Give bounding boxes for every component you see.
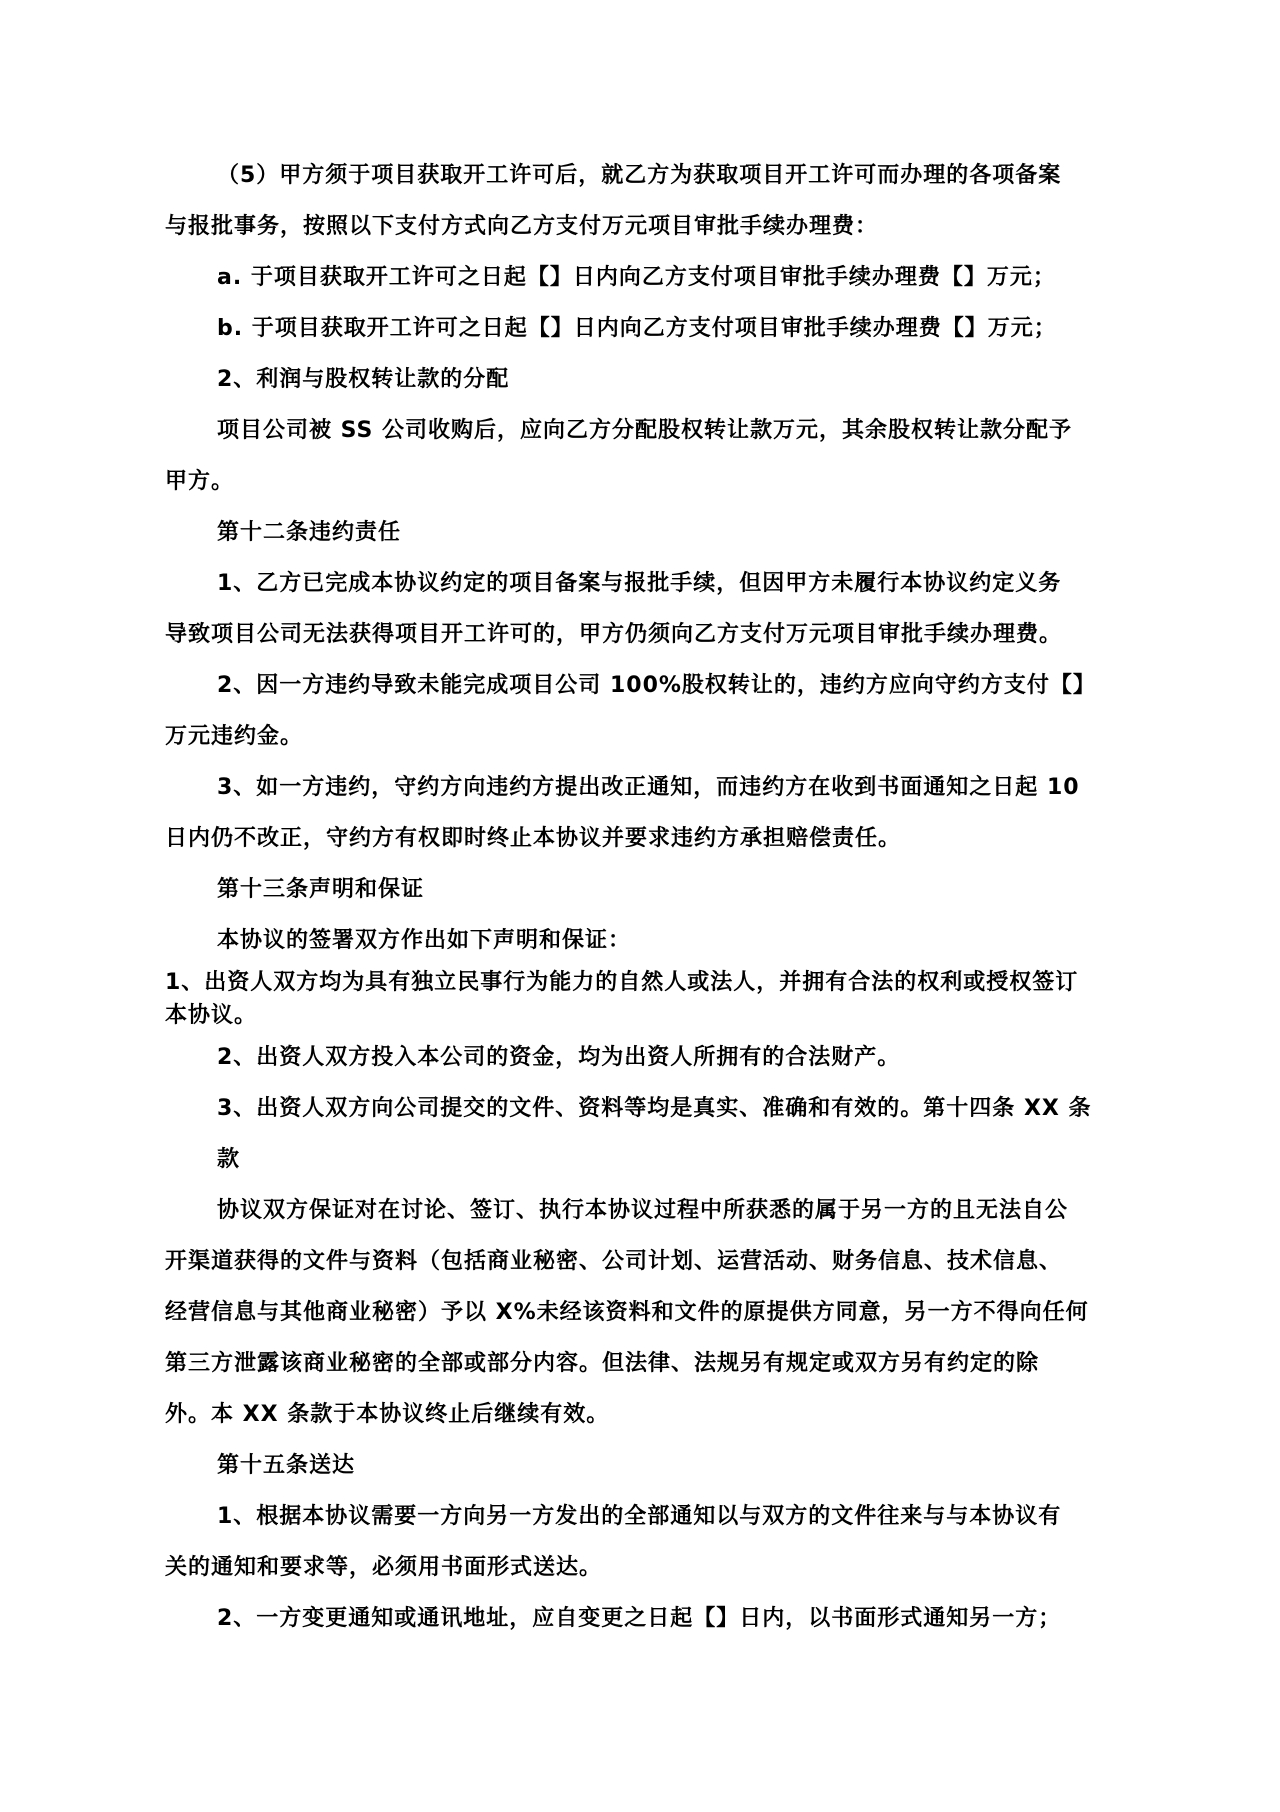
doc-line: 本协议。 [165,999,1220,1032]
doc-line: （5）甲方须于项目获取开工许可后，就乙方为获取项目开工许可而办理的各项备案 [165,150,1220,201]
document-page: （5）甲方须于项目获取开工许可后，就乙方为获取项目开工许可而办理的各项备案 与报… [0,0,1280,1812]
doc-line: 外。本 XX 条款于本协议终止后继续有效。 [165,1389,1220,1440]
doc-line: 协议双方保证对在讨论、签订、执行本协议过程中所获悉的属于另一方的且无法自公 [165,1185,1220,1236]
doc-line: 万元违约金。 [165,711,1220,762]
doc-line: 款 [165,1134,1220,1185]
doc-line: 3、如一方违约，守约方向违约方提出改正通知，而违约方在收到书面通知之日起 10 [165,762,1220,813]
doc-line: 2、出资人双方投入本公司的资金，均为出资人所拥有的合法财产。 [165,1032,1220,1083]
doc-line: 导致项目公司无法获得项目开工许可的，甲方仍须向乙方支付万元项目审批手续办理费。 [165,609,1220,660]
doc-line: 日内仍不改正，守约方有权即时终止本协议并要求违约方承担赔偿责任。 [165,813,1220,864]
doc-line: 经营信息与其他商业秘密）予以 X%未经该资料和文件的原提供方同意，另一方不得向任… [165,1287,1220,1338]
doc-line: 甲方。 [165,456,1220,507]
doc-line: a. 于项目获取开工许可之日起【】日内向乙方支付项目审批手续办理费【】万元； [165,252,1220,303]
article-heading: 第十三条声明和保证 [165,864,1220,915]
doc-line: b. 于项目获取开工许可之日起【】日内向乙方支付项目审批手续办理费【】万元； [165,303,1220,354]
doc-line: 项目公司被 SS 公司收购后，应向乙方分配股权转让款万元，其余股权转让款分配予 [165,405,1220,456]
doc-line: 与报批事务，按照以下支付方式向乙方支付万元项目审批手续办理费： [165,201,1220,252]
doc-line: 2、因一方违约导致未能完成项目公司 100%股权转让的，违约方应向守约方支付【】 [165,660,1220,711]
article-heading: 第十五条送达 [165,1440,1220,1491]
doc-line: 开渠道获得的文件与资料（包括商业秘密、公司计划、运营活动、财务信息、技术信息、 [165,1236,1220,1287]
doc-line: 关的通知和要求等，必须用书面形式送达。 [165,1542,1220,1593]
doc-line: 2、利润与股权转让款的分配 [165,354,1220,405]
doc-line: 1、出资人双方均为具有独立民事行为能力的自然人或法人，并拥有合法的权利或授权签订 [165,966,1220,999]
doc-line: 2、一方变更通知或通讯地址，应自变更之日起【】日内，以书面形式通知另一方； [165,1593,1220,1644]
doc-line: 本协议的签署双方作出如下声明和保证： [165,915,1220,966]
document-body: （5）甲方须于项目获取开工许可后，就乙方为获取项目开工许可而办理的各项备案 与报… [165,150,1220,1644]
doc-line: 1、乙方已完成本协议约定的项目备案与报批手续，但因甲方未履行本协议约定义务 [165,558,1220,609]
article-heading: 第十二条违约责任 [165,507,1220,558]
doc-line: 3、出资人双方向公司提交的文件、资料等均是真实、准确和有效的。第十四条 XX 条 [165,1083,1220,1134]
doc-line: 第三方泄露该商业秘密的全部或部分内容。但法律、法规另有规定或双方另有约定的除 [165,1338,1220,1389]
doc-line: 1、根据本协议需要一方向另一方发出的全部通知以与双方的文件往来与与本协议有 [165,1491,1220,1542]
